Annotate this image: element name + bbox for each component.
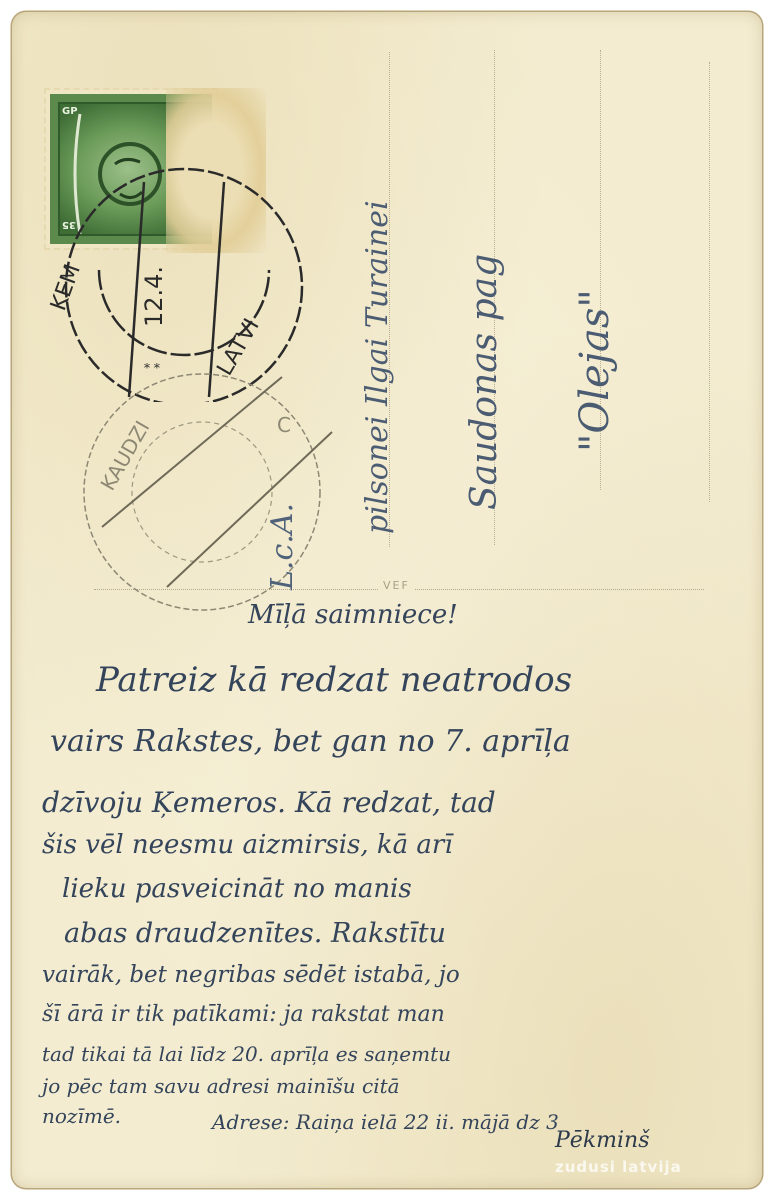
svg-text:KAUDZI: KAUDZI bbox=[96, 417, 155, 495]
signature: Pēkminš bbox=[555, 1128, 650, 1153]
message-line: jo pēc tam savu adresi mainīšu citā bbox=[42, 1074, 400, 1098]
message-line: Patreiz kā redzat neatrodos bbox=[96, 660, 572, 700]
routing-mark: L.c.A. bbox=[265, 503, 300, 590]
message-line: tad tikai tā lai līdz 20. aprīļa es saņe… bbox=[42, 1042, 451, 1066]
address-line-3: "Olejas" bbox=[572, 289, 618, 452]
stamp-value-top: GP bbox=[62, 106, 78, 117]
postcard: VEF GP 35 KEM 12.4. LATVI * * bbox=[12, 12, 762, 1188]
printer-mark: VEF bbox=[379, 579, 414, 592]
address-line-2: Saudonas pag bbox=[464, 254, 505, 510]
message-line: dzīvoju Ķemeros. Kā redzat, tad bbox=[42, 786, 496, 819]
svg-text:C: C bbox=[277, 413, 291, 437]
message-line: abas draudzenītes. Rakstītu bbox=[64, 918, 446, 949]
message-line: lieku pasveicināt no manis bbox=[62, 874, 412, 904]
message-line: šī ārā ir tik patīkami: ja rakstat man bbox=[42, 1002, 445, 1027]
postmark-faint-icon: KAUDZI C bbox=[72, 362, 352, 612]
message-line: vairs Rakstes, bet gan no 7. aprīļa bbox=[50, 724, 571, 759]
address-line-1: pilsonei Ilgai Turainei bbox=[360, 200, 395, 534]
message-line: vairāk, bet negribas sēdēt istabā, jo bbox=[42, 962, 460, 988]
address-line-divider bbox=[709, 62, 710, 502]
message-line: nozīmē. bbox=[42, 1104, 121, 1128]
sender-address: Adrese: Raiņa ielā 22 ii. mājā dz 3 bbox=[212, 1110, 559, 1134]
watermark: zudusi latvija bbox=[555, 1158, 682, 1176]
svg-text:KEM: KEM bbox=[46, 261, 86, 314]
message-salutation: Mīļā saimniece! bbox=[248, 600, 458, 630]
message-line: šis vēl neesmu aizmirsis, kā arī bbox=[42, 830, 453, 860]
postmark-date: 12.4. bbox=[140, 266, 168, 327]
